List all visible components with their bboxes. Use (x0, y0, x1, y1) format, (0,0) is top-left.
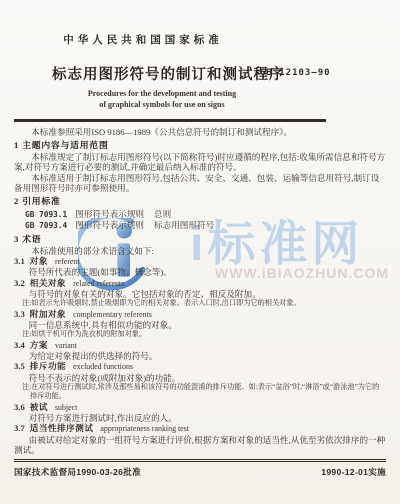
standard-number: GB 12103—90 (260, 68, 331, 78)
term-name-en: referent (55, 257, 80, 266)
term-heading: 3.3附加对象complementary referents (14, 309, 386, 320)
title-row: 标志用图形符号的制订和测试程序 GB 12103—90 (0, 63, 400, 82)
document-body: 本标准参照采用ISO 9186—1989《公共信息符号的制订和测试程序》。 1 … (14, 127, 386, 456)
term-definition: 为给定对象提出的供选择的符号。 (14, 351, 386, 361)
term-name-en: variant (55, 341, 77, 350)
section1-paragraph-2: 本标准适用于制订标志用图形符号,包括公共、安全、交通、包装、运输等信息用符号,制… (14, 173, 386, 194)
term-name-zh: 相关对象 (30, 278, 66, 288)
term-number: 3.3 (14, 309, 25, 319)
term-heading: 3.5排斥功能excluded functions (14, 361, 386, 372)
section2-heading: 2 引用标准 (14, 196, 386, 206)
term-name-en: subject (55, 403, 77, 412)
reference-code: GB 7093.1 (25, 210, 67, 219)
term-number: 3.2 (14, 278, 25, 288)
term-definition: 符号所代表的主题(如事物、概念等)。 (14, 267, 386, 277)
footer: 国家技术监督局1990-03-26批准 1990-12-01实施 (14, 466, 386, 478)
term-name-en: complementary referents (73, 310, 152, 319)
footer-divider (14, 459, 386, 462)
reference-subtitle: 总则 (154, 209, 171, 219)
term-name-en: appropriateness ranking test (100, 424, 189, 433)
term-name-en: excluded functions (73, 362, 133, 371)
english-title-line1: Procedures for the development and testi… (0, 89, 324, 100)
reference-item: GB 7093.4图形符号表示规则标志用图形符号 (25, 220, 386, 231)
section1-paragraph-1: 本标准规定了制订标志用图形符号(以下简称符号)时应遵循的程序,包括:收集所需信息… (14, 152, 386, 173)
term-number: 3.4 (14, 340, 25, 350)
document-content: 中华人民共和国国家标准 标志用图形符号的制订和测试程序 GB 12103—90 … (0, 0, 400, 455)
term-heading: 3.6被试subject (14, 402, 386, 413)
standard-document-page: i标准网 WWW.iBIAOZHUN.COM 中华人民共和国国家标准 标志用图形… (0, 0, 400, 504)
term-number: 3.6 (14, 402, 25, 412)
term-definition: 由被试对给定对象的一组符号方案进行评价,根据方案和对象的适当性,从优至劣依次排序… (14, 435, 386, 456)
term-definition: 与符号的对象有关的对象。它包括对象的否定、相反及附加。 (14, 289, 386, 299)
term-name-zh: 适当性排序测试 (30, 423, 94, 433)
term-definition: 符号不表示的对象(或附加对象)的功能。 (14, 373, 386, 383)
term-heading: 3.1对象referent (14, 256, 386, 267)
page-title: 标志用图形符号的制订和测试程序 (52, 63, 285, 84)
reference-item: GB 7093.1图形符号表示规则总则 (25, 209, 386, 220)
term-number: 3.5 (14, 361, 25, 371)
term-number: 3.1 (14, 256, 25, 266)
term-definition: 同一信息系统中,具有相似功能的对象。 (14, 320, 386, 330)
term-name-zh: 对象 (30, 256, 48, 266)
approval-authority-date: 国家技术监督局1990-03-26批准 (14, 466, 141, 478)
national-standard-banner: 中华人民共和国国家标准 (0, 0, 286, 47)
implementation-date: 1990-12-01实施 (321, 466, 386, 478)
term-name-zh: 方案 (30, 340, 48, 350)
header-divider (14, 119, 326, 122)
term-name-zh: 排斥功能 (30, 361, 66, 371)
section3-intro: 本标准使用的部分术语含义如下: (14, 246, 386, 256)
term-3-7: 3.7适当性排序测试appropriateness ranking test 由… (14, 423, 386, 455)
reference-code: GB 7093.4 (25, 221, 67, 230)
term-note: 注:如烘干机可作为洗衣机的附加对象。 (14, 330, 386, 339)
term-note: 注:如表示允许吸烟时,禁止吸烟即为它的相关对象。表示入口时,出口即为它的相关对象… (14, 299, 386, 308)
reference-title: 图形符号表示规则 (75, 209, 144, 219)
english-title-line2: of graphical symbols for use on signs (0, 100, 324, 111)
term-heading: 3.4方案variant (14, 340, 386, 351)
term-3-1: 3.1对象referent 符号所代表的主题(如事物、概念等)。 (14, 256, 386, 278)
term-note: 注:在对符号进行测试时,常涉及那些易和该符号的功能混淆的排斥功能。如:表示“盆浴… (14, 383, 386, 402)
term-3-5: 3.5排斥功能excluded functions 符号不表示的对象(或附加对象… (14, 361, 386, 401)
term-3-6: 3.6被试subject 对符号方案进行测试时,作出反应的人。 (14, 402, 386, 424)
term-definition: 对符号方案进行测试时,作出反应的人。 (14, 413, 386, 423)
section1-heading: 1 主题内容与适用范围 (14, 140, 386, 150)
english-title: Procedures for the development and testi… (0, 89, 324, 110)
term-heading: 3.7适当性排序测试appropriateness ranking test (14, 423, 386, 434)
preface-paragraph: 本标准参照采用ISO 9186—1989《公共信息符号的制订和测试程序》。 (14, 127, 386, 137)
term-3-2: 3.2相关对象related referents 与符号的对象有关的对象。它包括… (14, 278, 386, 309)
reference-subtitle: 标志用图形符号 (154, 220, 214, 230)
reference-title: 图形符号表示规则 (75, 220, 144, 230)
term-name-zh: 附加对象 (30, 309, 66, 319)
reference-list: GB 7093.1图形符号表示规则总则 GB 7093.4图形符号表示规则标志用… (25, 209, 386, 231)
term-3-3: 3.3附加对象complementary referents 同一信息系统中,具… (14, 309, 386, 340)
term-number: 3.7 (14, 423, 25, 433)
term-3-4: 3.4方案variant 为给定对象提出的供选择的符号。 (14, 340, 386, 362)
term-heading: 3.2相关对象related referents (14, 278, 386, 289)
section3-heading: 3 术语 (14, 234, 386, 244)
term-name-zh: 被试 (30, 402, 48, 412)
term-name-en: related referents (73, 279, 124, 288)
